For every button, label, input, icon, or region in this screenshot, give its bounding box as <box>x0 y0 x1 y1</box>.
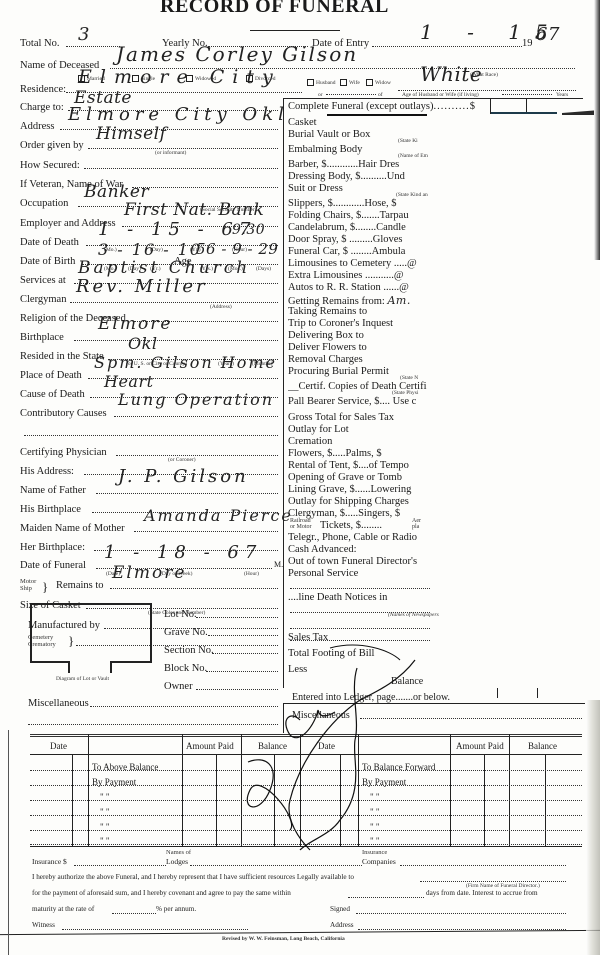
charge-item: Flowers, $.....Palms, $ <box>288 448 432 459</box>
contributory-value: Lung Operation <box>118 390 274 409</box>
cause-of-death-value: Heart <box>104 372 154 391</box>
charge-item: Casket <box>288 117 432 128</box>
lot-diagram-box[interactable] <box>30 603 152 663</box>
ledger-header-border <box>30 754 582 755</box>
caption: pla <box>412 524 419 530</box>
year-suffix: 67 <box>536 24 560 45</box>
funeral-director-field[interactable] <box>420 873 566 882</box>
companies-caption: Insurance <box>362 849 387 856</box>
brace: } <box>42 579 48 595</box>
address-value: Elmore City Okl <box>68 104 289 125</box>
form-title: RECORD OF FUNERAL <box>160 0 389 18</box>
ledger-row[interactable] <box>30 807 582 816</box>
grave-no-field[interactable] <box>208 627 278 636</box>
bottom-rule <box>0 930 600 935</box>
tick <box>537 688 538 698</box>
order-given-by-label: Order given by <box>20 140 84 151</box>
signed-field[interactable] <box>356 905 566 914</box>
date-of-birth-label: Date of Birth <box>20 256 75 267</box>
scan-right-top-edge <box>594 0 600 260</box>
complete-funeral-label: Complete Funeral (except outlays).......… <box>288 101 498 112</box>
charge-item: ....line Death Notices in <box>288 592 432 603</box>
remains-to-value: Elmore <box>112 563 186 583</box>
motor-label: Motor <box>20 578 36 585</box>
charge-item: Funeral Car, $ ........Ambula <box>288 246 432 257</box>
left-amount-header: Amount Paid <box>186 741 234 751</box>
resided-value: Okl <box>128 334 157 353</box>
resided-label: Resided in the State <box>20 351 104 362</box>
charge-item: Taking Remains to <box>288 306 432 317</box>
mother-birthplace-label: Her Birthplace: <box>20 542 85 553</box>
charge-item: Outlay for Lot <box>288 424 432 435</box>
how-secured-field[interactable] <box>84 160 278 169</box>
mother-name-value: Amanda Pierce <box>144 506 293 525</box>
clergyman-value: Rev. Miller <box>76 276 208 297</box>
race-value: White <box>420 62 482 86</box>
insurance-field[interactable] <box>74 857 166 866</box>
lodges-label: Lodges <box>166 857 188 866</box>
right-balance-header: Balance <box>528 741 557 751</box>
contributory-label: Contributory Causes <box>20 408 107 419</box>
caption-hour: (Hour) <box>244 571 259 577</box>
date-of-funeral-label: Date of Funeral <box>20 560 86 571</box>
date-of-funeral-value: 1 - 18 - 67 <box>104 542 262 563</box>
block-no-field[interactable] <box>206 663 278 672</box>
charge-item: Personal Service <box>288 568 432 579</box>
charge-item: Slippers, $............Hose, $ <box>288 198 432 209</box>
place-of-death-label: Place of Death <box>20 370 82 381</box>
ssn-caption: (Social Security Number) <box>200 207 257 213</box>
caption-days: (Days) <box>256 266 271 272</box>
witness-field[interactable] <box>62 921 248 930</box>
charge-item: Limousines to Cemetery .....@ <box>288 258 432 269</box>
witness-label: Witness <box>32 921 55 929</box>
year-prefix: 19 <box>522 38 533 49</box>
place-of-death-value: Spm. Gilson Home <box>94 353 277 372</box>
companies-field[interactable] <box>400 857 566 866</box>
ledger-row[interactable] <box>30 822 582 831</box>
ledger-row[interactable] <box>30 762 582 771</box>
services-at-label: Services at <box>20 275 66 286</box>
lodges-caption: Names of <box>166 849 191 856</box>
diagram-caption: Diagram of Lot or Vault <box>56 676 109 682</box>
father-birthplace-label: His Birthplace <box>20 504 81 515</box>
date-of-death-label: Date of Death <box>20 237 79 248</box>
amount-underline <box>491 112 557 114</box>
physician-address-label: His Address: <box>20 466 74 477</box>
charge-to-label: Charge to: <box>20 102 64 113</box>
left-date-header: Date <box>50 741 67 751</box>
lodges-field[interactable] <box>190 857 362 866</box>
diagram-base-right <box>110 661 152 663</box>
checkbox-husband[interactable]: Husband <box>307 79 336 86</box>
address-label: Address <box>20 121 54 132</box>
charge-item: Trip to Coroner's Inquest <box>288 318 432 329</box>
father-name-value: J. P. Gilson <box>118 466 249 487</box>
residence-label: Residence: <box>20 84 66 95</box>
tick <box>497 688 498 698</box>
scan-right-edge <box>586 700 600 955</box>
charge-item: Barber, $............Hair Dres <box>288 159 432 170</box>
occupation-label: Occupation <box>20 198 68 209</box>
charge-blank-line[interactable] <box>290 620 430 629</box>
checkbox-wife[interactable]: Wife <box>340 79 360 86</box>
spouse-name-field[interactable] <box>326 86 376 95</box>
title-underline <box>250 30 340 31</box>
ledger-bottom-border <box>30 846 582 847</box>
contributory-extra-line[interactable] <box>24 427 278 436</box>
ship-label: Ship <box>20 585 32 592</box>
charge-item: Cremation <box>288 436 432 447</box>
total-no-field[interactable] <box>66 38 120 47</box>
order-given-by-value: Himself <box>96 124 166 144</box>
spouse-age-field[interactable] <box>502 86 552 95</box>
clergyman-address-caption: (Address) <box>210 304 232 310</box>
checkbox-widow[interactable]: Widow <box>366 79 391 86</box>
certifying-physician-field[interactable] <box>116 447 278 456</box>
interest-rate-field[interactable] <box>112 905 156 914</box>
section-no-field[interactable] <box>212 645 278 654</box>
funeral-meridian: M. <box>274 560 283 569</box>
miscellaneous-field[interactable] <box>90 698 278 707</box>
days-field[interactable] <box>348 889 424 898</box>
charge-item: Extra Limousines ...........@ <box>288 270 432 281</box>
charge-item: Rental of Tent, $....of Tempo <box>288 460 432 471</box>
charge-item: Telegr., Phone, Cable or Radio <box>288 532 432 543</box>
ledger-top-border <box>30 734 582 737</box>
address-footer-label: Address <box>330 921 354 929</box>
contributory-field[interactable] <box>114 408 278 417</box>
charge-item: Outlay for Shipping Charges <box>288 496 432 507</box>
miscellaneous-label: Miscellaneous <box>28 698 89 709</box>
charge-item: Tickets, $........ <box>320 520 416 531</box>
charge-item: Dressing Body, $..........Und <box>288 171 432 182</box>
total-no-label: Total No. <box>20 38 60 49</box>
charges-misc-field[interactable] <box>360 710 582 719</box>
hour-of-death-value: 9.30 <box>232 222 265 238</box>
maturity-text: maturity at the rate of <box>32 905 94 913</box>
charge-item: Total Footing of Bill <box>288 648 432 659</box>
services-at-value: Baptist Church <box>78 258 250 278</box>
charges-misc-label: Miscellaneous <box>292 710 350 721</box>
coroner-caption: (or Coroner) <box>168 457 196 463</box>
ledger-entry-label: Entered into Ledger, page.......or below… <box>292 692 450 703</box>
residence-value: Elmore City <box>78 66 281 88</box>
charge-item: Removal Charges <box>288 354 432 365</box>
charge-item: Candelabrum, $........Candle <box>288 222 432 233</box>
caption: (Names of Newspapers <box>388 612 439 618</box>
signed-label: Signed <box>330 905 350 913</box>
percent-text: % per annum. <box>156 905 196 913</box>
lot-no-label: Lot No. <box>164 609 197 620</box>
funeral-record-form: RECORD OF FUNERAL Total No. 3 Yearly No.… <box>0 0 600 955</box>
owner-field[interactable] <box>196 681 278 690</box>
days-text: days from date. Interest to accrue from <box>426 889 538 897</box>
section-no-label: Section No. <box>164 645 214 656</box>
balance-label: Balance <box>391 676 423 687</box>
diagram-base-left <box>30 661 70 663</box>
companies-label: Companies <box>362 857 396 866</box>
ledger-divider <box>283 703 585 704</box>
footer-credit: Revised by W. W. Feinsman, Long Beach, C… <box>222 936 345 942</box>
charge-item: Door Spray, $ .........Gloves <box>288 234 432 245</box>
payment-text: for the payment of aforesaid sum, and I … <box>32 889 291 897</box>
lot-no-field[interactable] <box>196 609 278 618</box>
misc-left-border <box>283 703 284 733</box>
caption: or Motor <box>290 524 312 530</box>
charges-panel-top <box>283 98 583 99</box>
diagram-stem-right <box>110 661 112 673</box>
charge-blank-line[interactable] <box>290 580 430 589</box>
total-no-value: 3 <box>78 24 90 45</box>
certifying-physician-label: Certifying Physician <box>20 447 107 458</box>
insurance-label: Insurance $ <box>32 857 67 866</box>
occupation-value: Banker <box>84 182 149 202</box>
charges-panel-border <box>283 98 284 688</box>
authorization-text: I hereby authorize the above Funeral, an… <box>32 873 354 881</box>
grave-no-label: Grave No. <box>164 627 208 638</box>
charge-item: Out of town Funeral Director's <box>288 556 432 567</box>
charge-item: Less <box>288 664 432 675</box>
charge-item: Cash Advanced: <box>288 544 432 555</box>
owner-label: Owner <box>164 681 193 692</box>
how-secured-label: How Secured: <box>20 160 80 171</box>
miscellaneous-line-2[interactable] <box>28 716 278 725</box>
charge-item: Pall Bearer Service, $.... Use c <box>288 396 432 407</box>
block-no-label: Block No. <box>164 663 207 674</box>
right-date-header: Date <box>318 741 335 751</box>
scan-left-edge <box>8 730 9 955</box>
ledger-row[interactable] <box>30 836 582 845</box>
charge-item: Autos to R. R. Station ......@ <box>288 282 432 293</box>
remains-to-label: Remains to <box>56 580 104 591</box>
deceased-name-value: James Corley Gilson <box>116 42 358 66</box>
charge-item: Gross Total for Sales Tax <box>288 412 432 423</box>
cause-of-death-label: Cause of Death <box>20 389 85 400</box>
charge-item: Deliver Flowers to <box>288 342 432 353</box>
age-value: 56 - 9 - 29 <box>196 240 278 258</box>
charge-item: Opening of Grave or Tomb <box>288 472 432 483</box>
mother-name-label: Maiden Name of Mother <box>20 523 125 534</box>
diagram-stem-left <box>68 661 70 673</box>
charge-item: Sales Tax <box>288 632 432 643</box>
address-footer-field[interactable] <box>358 921 566 930</box>
birthplace-label: Birthplace <box>20 332 64 343</box>
charge-item: Lining Grave, $......Lowering <box>288 484 432 495</box>
charge-item: Folding Chairs, $.......Tarpau <box>288 210 432 221</box>
clergyman-label: Clergyman <box>20 294 66 305</box>
right-amount-header: Amount Paid <box>456 741 504 751</box>
informant-caption: (or informant) <box>155 150 186 156</box>
complete-funeral-underline <box>327 114 427 116</box>
charge-item: Delivering Box to <box>288 330 432 341</box>
father-name-label: Name of Father <box>20 485 86 496</box>
veteran-field[interactable] <box>132 179 278 188</box>
birthplace-value: Elmore <box>98 314 172 334</box>
ledger-row[interactable] <box>30 777 582 786</box>
ledger-row[interactable] <box>30 792 582 801</box>
left-balance-header: Balance <box>258 741 287 751</box>
